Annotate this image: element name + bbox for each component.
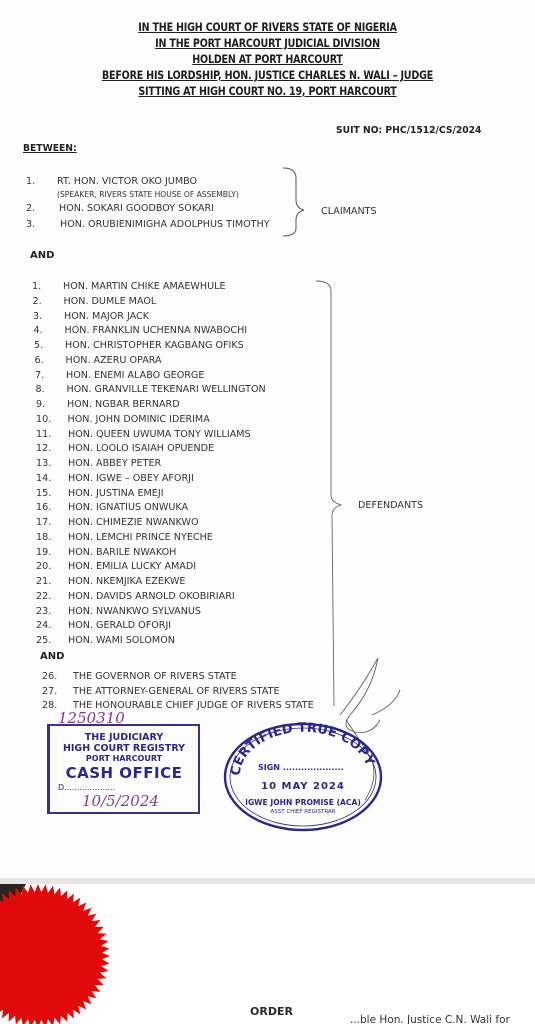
stamp-date-prefix: D.................... [50, 783, 198, 792]
red-seal-icon [0, 884, 120, 1024]
order-heading: ORDER [250, 1005, 293, 1018]
cash-office-stamp: THE JUDICIARY HIGH COURT REGISTRY PORT H… [47, 724, 200, 814]
ctc-registrar-role: ASST CHIEF REGISTRAR [222, 809, 384, 815]
stamp-line-cash-office: CASH OFFICE [50, 764, 198, 782]
ctc-stamp-ring: CERTIFIED TRUE COPY [222, 720, 384, 832]
document-page-1: IN THE HIGH COURT OF RIVERS STATE OF NIG… [0, 0, 535, 878]
certified-true-copy-stamp: CERTIFIED TRUE COPY SIGN ...............… [222, 720, 384, 832]
document-page-2 [0, 884, 535, 1024]
ctc-date: 10 MAY 2024 [222, 781, 384, 792]
ctc-sign-line: SIGN .................... [258, 763, 344, 772]
stamp-line-city: PORT HARCOURT [50, 754, 198, 763]
order-text-cut-off: ...ble Hon. Justice C.N. Wali for [350, 1014, 510, 1024]
stamp-line-judiciary: THE JUDICIARY [50, 732, 198, 743]
stamp-line-registry: HIGH COURT REGISTRY [50, 743, 198, 754]
ctc-registrar-name: IGWE JOHN PROMISE (ACA) [222, 798, 384, 807]
